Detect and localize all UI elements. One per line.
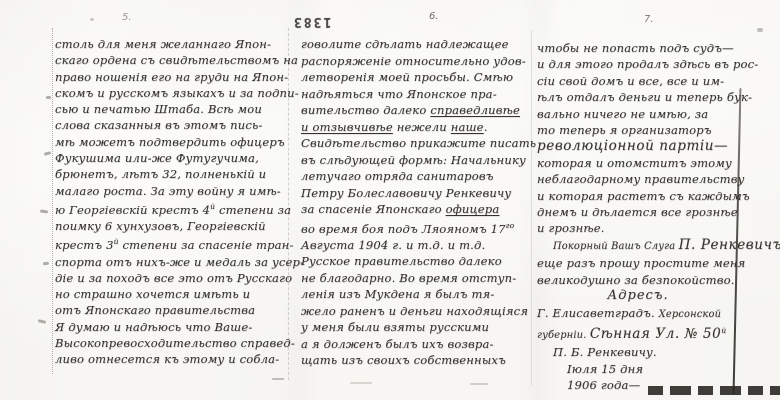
handwritten-line: вительство далеко справедливѣе	[301, 102, 531, 119]
handwritten-line: не благодарно. Во время отступ-	[301, 270, 531, 287]
handwritten-line: и отзывчивѣе нежели наше.	[301, 119, 531, 136]
handwritten-line: жело раненъ и деньги находящіяся	[301, 303, 531, 320]
ink-speck	[38, 319, 46, 324]
handwritten-line: ленія изъ Мукдена я былъ тя-	[301, 286, 531, 303]
handwritten-line: революціонной партіи—	[537, 138, 739, 154]
page-7-text: чтобы не попасть подъ судъ—и для этого п…	[537, 40, 739, 393]
handwritten-line: сіи свой домъ и все, все и им-	[537, 73, 739, 89]
ink-speck	[470, 383, 488, 385]
handwritten-line: Я думаю и надѣюсь что Ваше-	[55, 319, 288, 335]
handwritten-line: и для этого продалъ здѣсь въ рос-	[537, 56, 739, 72]
handwritten-line: неблагодарному правительству	[537, 171, 739, 187]
ink-speck	[43, 262, 49, 266]
handwritten-line: ѣлъ отдалъ деньги и теперь бук-	[537, 89, 739, 105]
left-margin-rule	[52, 28, 53, 374]
bottom-edge-marks	[648, 386, 780, 395]
ink-speck	[272, 378, 284, 380]
ink-speck	[44, 151, 51, 155]
handwritten-line: но страшно хочется имѣть и	[55, 286, 288, 302]
handwritten-line: скомъ и русскомъ языкахъ и за подпи-	[55, 85, 288, 101]
handwritten-line: сью и печатью Штаба. Всѣ мои	[55, 101, 288, 117]
handwritten-line: мѣ можетъ подтвердить офицеръ	[55, 134, 288, 150]
handwritten-line: скаго ордена съ свидѣтельствомъ на	[55, 52, 288, 68]
page-number-7: 7.	[644, 14, 654, 25]
handwritten-line: Свидѣтельство прикажите писать	[301, 135, 531, 152]
archive-stamp-number: 1383	[292, 14, 331, 29]
handwritten-line: въ слѣдующей формѣ: Начальнику	[301, 152, 531, 169]
ink-speck	[757, 28, 763, 32]
handwritten-line: а я долженъ былъ ихъ возвра-	[301, 336, 531, 353]
handwritten-line: ливо отнесется къ этому и собла-	[55, 351, 288, 367]
handwritten-line: то теперь я организаторъ	[537, 122, 739, 138]
handwritten-line: летучаго отряда санитаровъ	[301, 168, 531, 185]
ink-speck	[40, 209, 48, 213]
handwritten-line: которая и отомститъ этому	[537, 155, 739, 171]
handwritten-line: право ношенія его на груди на Япон-	[55, 69, 288, 85]
ink-speck	[90, 18, 94, 21]
handwritten-line: надѣяться что Японское пра-	[301, 86, 531, 103]
handwritten-line: у меня были взяты русскими	[301, 319, 531, 336]
handwritten-line: брюнетъ, лѣтъ 32, полненькій и	[55, 166, 288, 182]
handwritten-line: великодушно за безпокойство.	[537, 272, 739, 288]
page-6-text: говолите сдѣлать надлежащеераспоряженіе …	[301, 36, 531, 369]
handwritten-line: отъ Японскаго правительства	[55, 302, 288, 318]
handwritten-line: Петру Болеславовичу Ренкевичу	[301, 185, 531, 202]
handwritten-line: щать изъ своихъ собственныхъ	[301, 352, 531, 369]
handwritten-line: малаго роста. За эту войну я имѣ-	[55, 183, 288, 199]
handwritten-line: Августа 1904 г. и т.д. и т.д.	[301, 237, 531, 254]
handwritten-line: губерніи. Сѣнная Ул. № 50й	[537, 323, 739, 344]
ink-speck	[46, 96, 51, 99]
handwritten-line: крестъ 3й степени за спасеніе тран-	[55, 234, 288, 253]
handwritten-line: поимку 6 хунхузовъ, Георгіевскій	[55, 218, 288, 234]
handwritten-line: распоряженіе относительно удов-	[301, 53, 531, 70]
handwritten-line: еще разъ прошу простите меня	[537, 255, 739, 271]
handwritten-line: П. Б. Ренкевичу.	[537, 344, 739, 360]
handwritten-line: столь для меня желаннаго Япон-	[55, 36, 288, 52]
handwritten-line: Іюля 15 дня	[537, 361, 739, 377]
scanned-handwritten-letter: 1383 5. 6. 7. столь для меня желаннаго Я…	[0, 0, 780, 400]
page-number-5: 5.	[122, 12, 132, 23]
page-fold-right	[531, 30, 532, 386]
page-5-text: столь для меня желаннаго Япон-скаго орде…	[55, 36, 288, 368]
handwritten-line: ю Георгіевскій крестъ 4й степени за	[55, 199, 288, 218]
ink-speck	[350, 382, 372, 384]
handwritten-line: Высокопревосходительство справед-	[55, 335, 288, 351]
handwritten-line: летворенія моей просьбы. Смѣю	[301, 69, 531, 86]
page-number-6: 6.	[429, 11, 439, 22]
handwritten-line: Г. Елисаветградъ. Херсонской	[537, 305, 739, 323]
handwritten-line: Русское правительство далеко	[301, 253, 531, 270]
handwritten-line: Покорный Вашъ Слуга П. Ренкевичъ	[537, 237, 739, 255]
handwritten-line: діе и за походъ все это отъ Русскаго	[55, 270, 288, 286]
handwritten-line: и грознѣе.	[537, 220, 739, 236]
handwritten-line: слова сказанныя въ этомъ пись-	[55, 117, 288, 133]
handwritten-line: днемъ и дѣлается все грознѣе	[537, 204, 739, 220]
handwritten-line: вально ничего не имѣю, за	[537, 106, 739, 122]
handwritten-line: чтобы не попасть подъ судъ—	[537, 40, 739, 56]
handwritten-line: и которая растетъ съ каждымъ	[537, 188, 739, 204]
handwritten-line: спорта отъ нихъ-же и медаль за усер-	[55, 254, 288, 270]
handwritten-line: говолите сдѣлать надлежащее	[301, 36, 531, 53]
handwritten-line: за спасеніе Японскаго офицера	[301, 201, 531, 218]
handwritten-line: Фукушима или-же Футугучима,	[55, 150, 288, 166]
handwritten-line: во время боя подъ Ляояномъ 17го	[301, 218, 531, 237]
handwritten-line: Адресъ.	[537, 288, 739, 304]
